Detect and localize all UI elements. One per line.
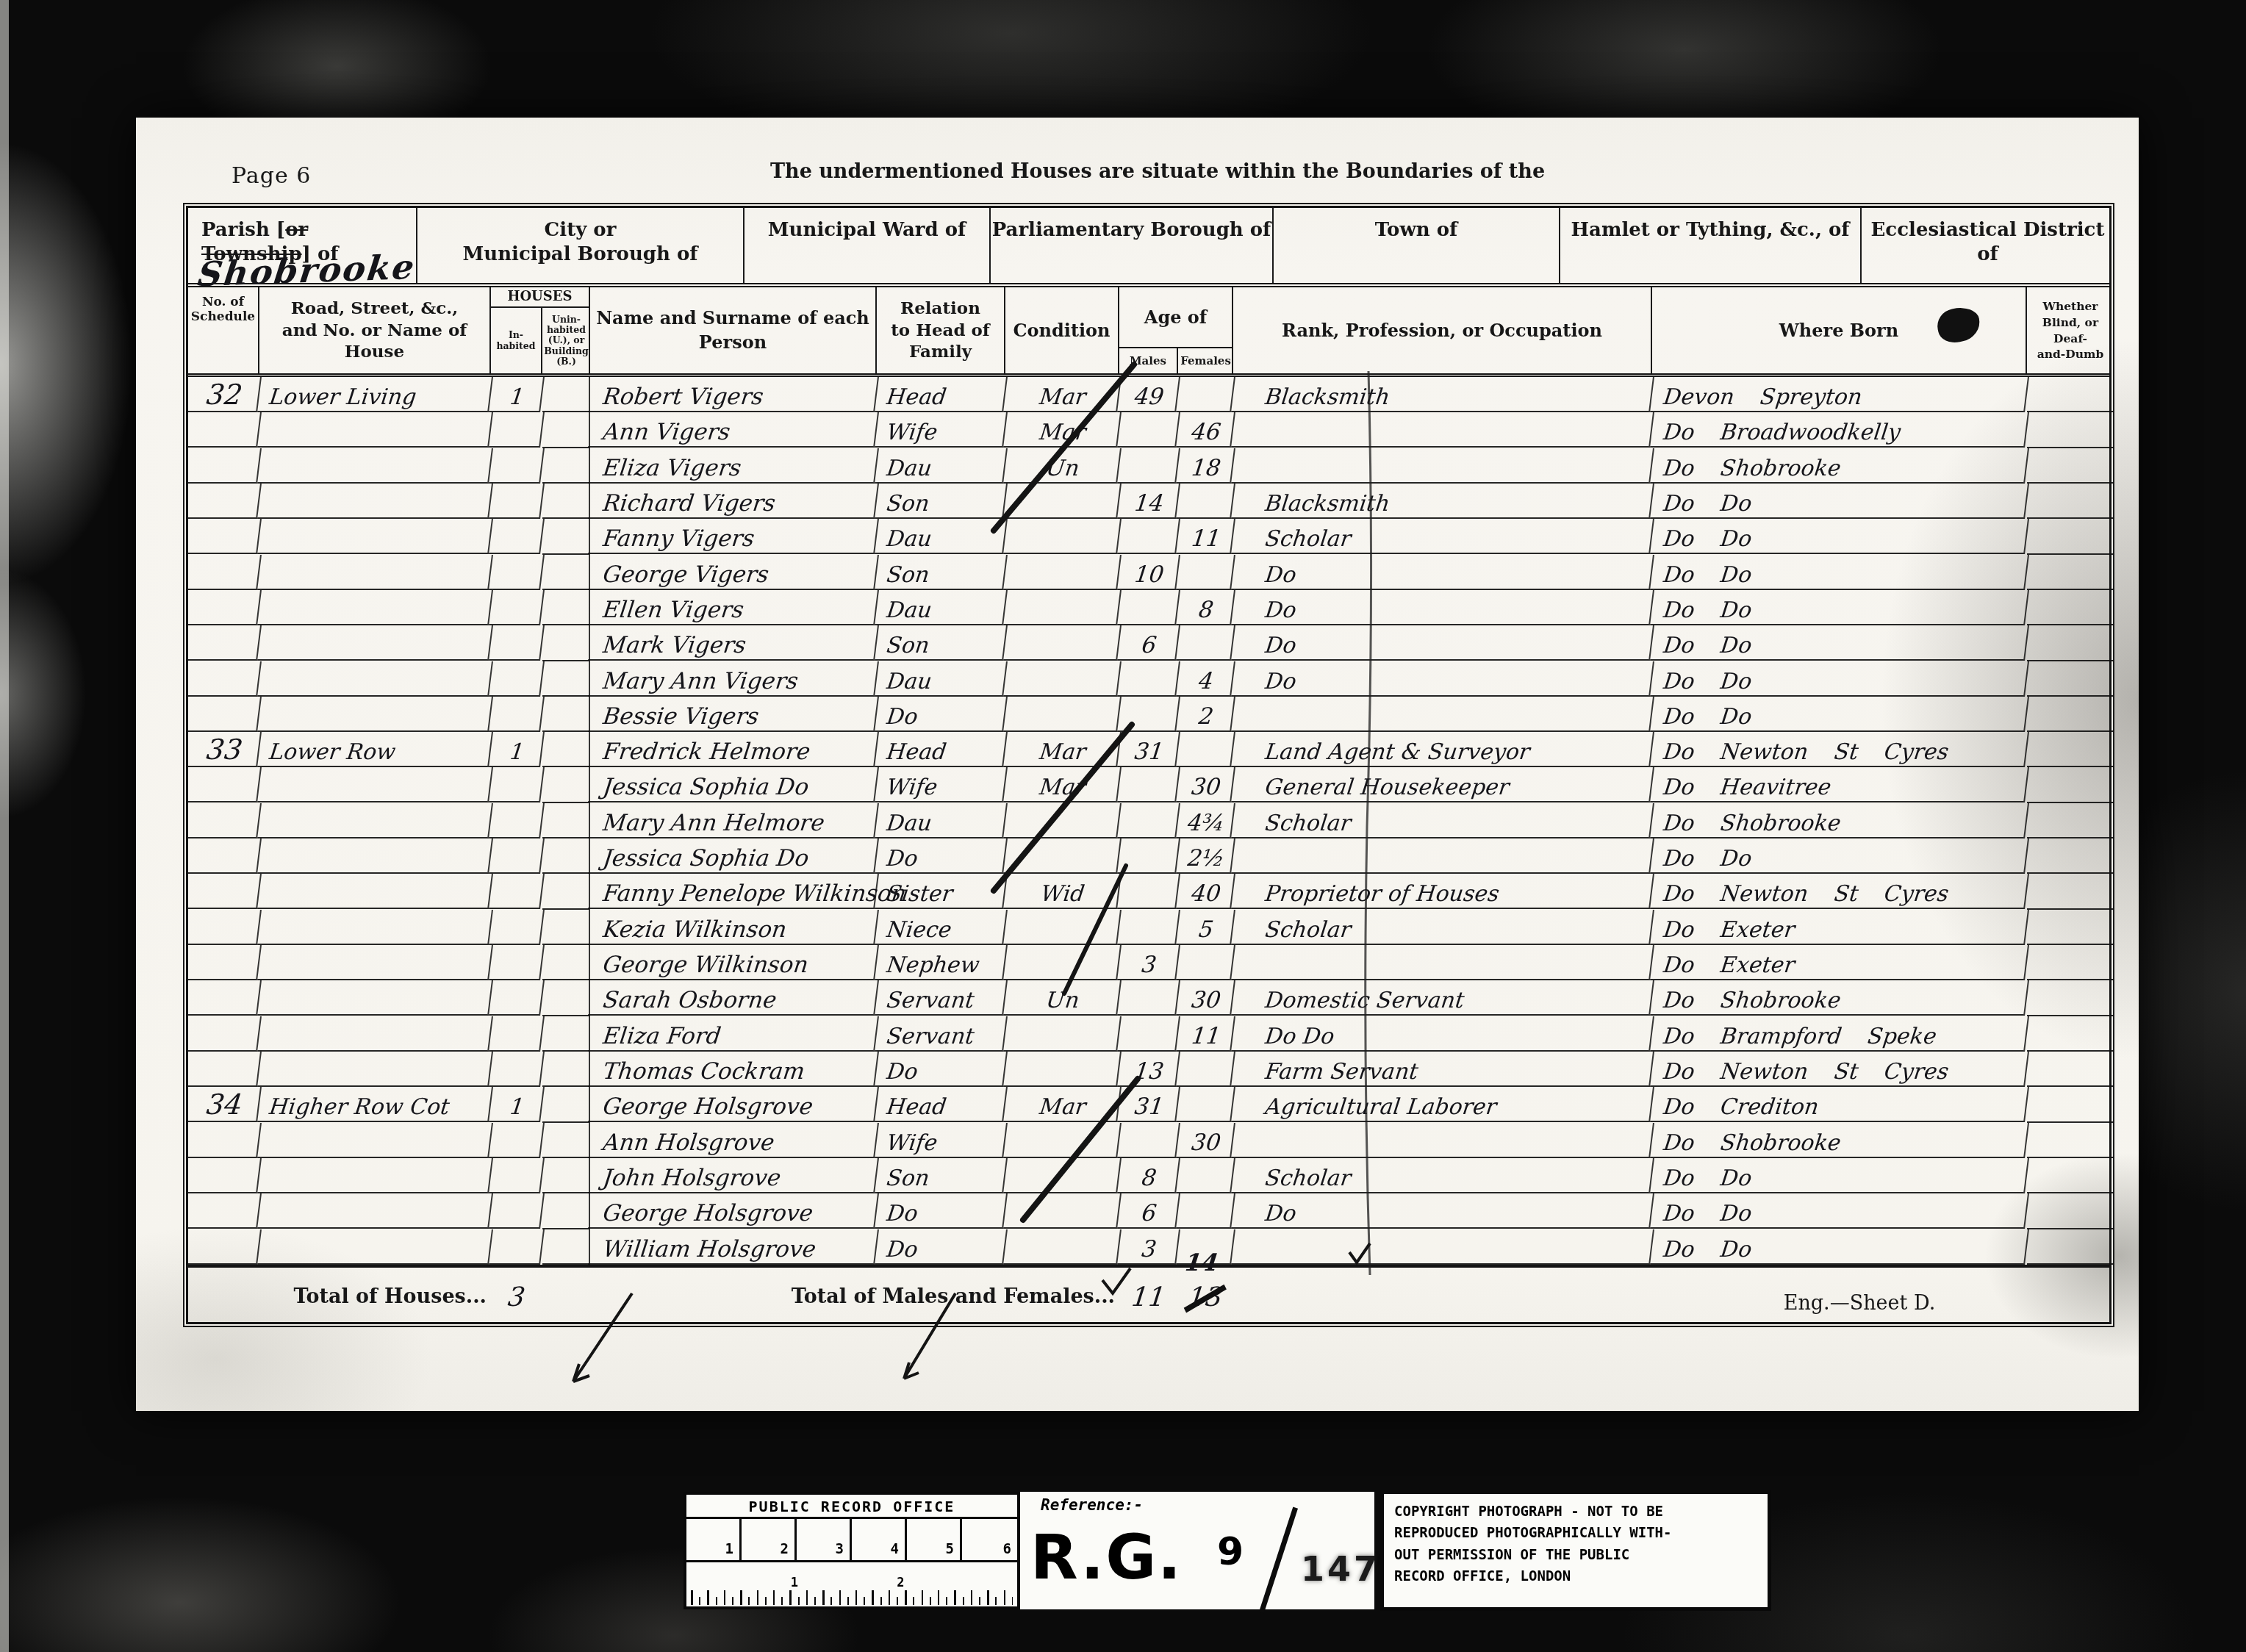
cell-relation: Nephew — [875, 945, 1008, 980]
table-row: George Wilkinson Nephew 3 Do Exeter — [188, 945, 2109, 980]
municipal-ward-cell: Municipal Ward of — [745, 208, 991, 283]
cell-person-name: George Holsgrove — [588, 1087, 879, 1122]
table-row: Eliza Ford Servant 11 Do Do Do Brampford… — [188, 1016, 2109, 1052]
cell-blind-deaf — [2027, 1016, 2114, 1052]
cell-occupation: Domestic Servant — [1231, 980, 1654, 1016]
cell-house-name — [257, 625, 493, 661]
cell-age-male — [1117, 803, 1180, 838]
cell-schedule-number: 32 — [186, 377, 262, 412]
totals-spacer — [2027, 1268, 2114, 1326]
cell-person-name: George Vigers — [588, 555, 879, 590]
district-header-row: Parish [or Township] of Shobrooke City o… — [188, 208, 2109, 287]
cell-age-female — [1176, 1158, 1235, 1193]
cell-relation: Wife — [875, 767, 1008, 802]
cell-age-male — [1117, 519, 1180, 554]
cell-age-male: 13 — [1117, 1052, 1180, 1087]
cell-inhabited — [489, 1229, 545, 1265]
cell-person-name: Eliza Vigers — [588, 448, 879, 484]
cell-person-name: Robert Vigers — [588, 377, 879, 412]
cell-age-male — [1117, 980, 1180, 1016]
table-row: William Holsgrove Do 3 Do Do — [188, 1229, 2109, 1265]
cell-age-male: 6 — [1117, 1193, 1180, 1229]
cell-age-male: 6 — [1117, 625, 1180, 661]
cell-inhabited — [489, 945, 545, 980]
cell-house-name — [257, 412, 493, 448]
record-class-number: 9 — [1217, 1530, 1244, 1574]
town-cell: Town of — [1274, 208, 1560, 283]
cell-house-name — [257, 803, 493, 838]
cell-person-name: John Holsgrove — [588, 1158, 879, 1193]
table-row: Eliza Vigers Dau Un 18 Do Shobrooke — [188, 448, 2109, 484]
cell-occupation: Scholar — [1231, 803, 1654, 838]
cell-uninhabited — [542, 519, 590, 554]
table-row: George Holsgrove Do 6 Do Do Do — [188, 1193, 2109, 1229]
table-row: George Vigers Son 10 Do Do Do — [188, 555, 2109, 590]
pro-stamp-strip: PUBLIC RECORD OFFICE 1 2 3 4 5 6 1 2 Ref… — [684, 1492, 1374, 1609]
col-header-relation: Relation to Head of Family — [877, 287, 1005, 373]
cell-person-name: Fredrick Helmore — [588, 732, 879, 767]
cell-blind-deaf — [2027, 555, 2114, 590]
copyright-stamp: COPYRIGHT PHOTOGRAPH - NOT TO BE REPRODU… — [1380, 1490, 1771, 1611]
cell-uninhabited — [542, 980, 590, 1016]
cell-blind-deaf — [2027, 412, 2114, 448]
cell-condition — [1003, 625, 1122, 661]
cell-age-female: 8 — [1176, 590, 1235, 625]
cell-schedule-number — [186, 980, 262, 1016]
cell-condition — [1003, 1052, 1122, 1087]
cell-condition: Mar — [1003, 1087, 1122, 1122]
cell-person-name: Fanny Vigers — [588, 519, 879, 554]
cell-person-name: William Holsgrove — [588, 1229, 879, 1265]
table-row: Bessie Vigers Do 2 Do Do — [188, 697, 2109, 732]
cell-condition — [1003, 1016, 1122, 1052]
cell-where-born: Do Newton St Cyres — [1650, 874, 2029, 909]
cell-relation: Son — [875, 625, 1008, 661]
scale-number: 2 — [742, 1519, 797, 1560]
cell-blind-deaf — [2027, 625, 2114, 661]
cell-condition — [1003, 697, 1122, 732]
cell-occupation — [1231, 838, 1654, 874]
cell-inhabited — [489, 767, 545, 802]
cell-where-born: Do Do — [1650, 1193, 2029, 1229]
cell-person-name: Bessie Vigers — [588, 697, 879, 732]
cell-relation: Do — [875, 1229, 1008, 1265]
cell-person-name: Fanny Penelope Wilkinson — [588, 874, 879, 909]
col-header-uninhabited: Unin- habited (U.), or Building (B.) — [542, 308, 590, 373]
cell-age-female: 4 — [1176, 661, 1235, 697]
cell-occupation: Agricultural Laborer — [1231, 1087, 1654, 1122]
cell-condition: Mar — [1003, 412, 1122, 448]
cell-house-name — [257, 697, 493, 732]
table-row: 33 Lower Row 1 Fredrick Helmore Head Mar… — [188, 732, 2109, 767]
cell-blind-deaf — [2027, 803, 2114, 838]
cell-occupation — [1231, 412, 1654, 448]
totals-spacer — [188, 1268, 259, 1326]
cell-house-name — [257, 1052, 493, 1087]
scale-number: 5 — [907, 1519, 962, 1560]
cell-occupation: General Housekeeper — [1231, 767, 1654, 802]
col-header-name: Name and Surname of each Person — [590, 287, 877, 373]
cell-inhabited — [489, 980, 545, 1016]
cell-age-female: 11 — [1176, 1016, 1235, 1052]
cell-house-name — [257, 448, 493, 484]
cell-blind-deaf — [2027, 767, 2114, 802]
cell-where-born: Do Broadwoodkelly — [1650, 412, 2029, 448]
cell-age-female: 11 — [1176, 519, 1235, 554]
parish-cell: Parish [or Township] of Shobrooke — [188, 208, 417, 283]
cell-schedule-number: 34 — [186, 1087, 262, 1122]
females-value-struck: 13 — [1187, 1282, 1224, 1312]
cell-relation: Dau — [875, 448, 1008, 484]
table-row: Ann Holsgrove Wife 30 Do Shobrooke — [188, 1123, 2109, 1158]
total-males-value: 11 — [1116, 1268, 1182, 1326]
cell-where-born: Do Do — [1650, 625, 2029, 661]
cell-person-name: George Wilkinson — [588, 945, 879, 980]
cell-inhabited — [489, 1016, 545, 1052]
cell-occupation: Do — [1231, 625, 1654, 661]
cell-schedule-number — [186, 945, 262, 980]
table-row: Thomas Cockram Do 13 Farm Servant Do New… — [188, 1052, 2109, 1087]
cell-schedule-number — [186, 555, 262, 590]
age-group-label: Age of — [1144, 287, 1207, 347]
parliamentary-borough-cell: Parliamentary Borough of — [991, 208, 1274, 283]
cell-uninhabited — [542, 838, 590, 874]
cell-inhabited: 1 — [489, 732, 545, 767]
cell-occupation: Scholar — [1231, 519, 1654, 554]
cell-person-name: Mark Vigers — [588, 625, 879, 661]
cell-where-born: Do Newton St Cyres — [1650, 1052, 2029, 1087]
cell-age-male: 31 — [1117, 1087, 1180, 1122]
cell-inhabited — [489, 590, 545, 625]
cell-condition: Wid — [1003, 874, 1122, 909]
cell-age-female: 30 — [1176, 1123, 1235, 1158]
cell-age-male — [1117, 910, 1180, 945]
cell-uninhabited — [542, 803, 590, 838]
cell-house-name — [257, 874, 493, 909]
cell-condition — [1003, 838, 1122, 874]
total-females-value: 13 14 — [1174, 1268, 1237, 1326]
cell-person-name: Sarah Osborne — [588, 980, 879, 1016]
total-males-females-label: Total of Males and Females... — [590, 1268, 1119, 1326]
cell-relation: Son — [875, 1158, 1008, 1193]
cell-occupation — [1231, 1229, 1654, 1265]
sheet-note: Eng.—Sheet D. — [1712, 1292, 2006, 1315]
table-row: Richard Vigers Son 14 Blacksmith Do Do — [188, 484, 2109, 519]
cell-schedule-number — [186, 803, 262, 838]
reference-slash — [1259, 1507, 1298, 1614]
cell-relation: Dau — [875, 661, 1008, 697]
cell-schedule-number — [186, 661, 262, 697]
cell-where-born: Do Shobrooke — [1650, 448, 2029, 484]
cell-schedule-number — [186, 910, 262, 945]
cell-schedule-number — [186, 412, 262, 448]
census-form: Parish [or Township] of Shobrooke City o… — [186, 206, 2112, 1324]
cell-blind-deaf — [2027, 484, 2114, 519]
cell-condition: Mar — [1003, 732, 1122, 767]
cell-condition: Un — [1003, 448, 1122, 484]
cell-age-female — [1176, 625, 1235, 661]
cell-where-born: Do Brampford Speke — [1650, 1016, 2029, 1052]
born-label: Where Born — [1779, 320, 1898, 341]
cell-age-female: 2½ — [1176, 838, 1235, 874]
cell-blind-deaf — [2027, 945, 2114, 980]
cell-blind-deaf — [2027, 732, 2114, 767]
cell-where-born: Do Shobrooke — [1650, 980, 2029, 1016]
cell-uninhabited — [542, 377, 590, 412]
cell-age-male: 49 — [1117, 377, 1180, 412]
cell-condition — [1003, 803, 1122, 838]
cell-age-male — [1117, 767, 1180, 802]
parish-label-pre: Parish [ — [201, 219, 285, 241]
cell-where-born: Do Do — [1650, 838, 2029, 874]
photo-edge-sliver — [0, 0, 9, 1652]
cell-person-name: Jessica Sophia Do — [588, 838, 879, 874]
cell-house-name — [257, 519, 493, 554]
cell-house-name — [257, 1193, 493, 1229]
cell-inhabited — [489, 412, 545, 448]
cell-relation: Head — [875, 732, 1008, 767]
cell-house-name — [257, 838, 493, 874]
cell-condition: Mar — [1003, 377, 1122, 412]
cell-inhabited — [489, 874, 545, 909]
cell-condition — [1003, 519, 1122, 554]
cell-relation: Servant — [875, 980, 1008, 1016]
scale-number: 1 — [686, 1519, 742, 1560]
record-series: R.G. — [1030, 1521, 1183, 1593]
cell-where-born: Do Exeter — [1650, 945, 2029, 980]
cell-where-born: Do Do — [1650, 519, 2029, 554]
cell-schedule-number — [186, 1016, 262, 1052]
cell-where-born: Do Exeter — [1650, 910, 2029, 945]
cell-age-female — [1176, 1087, 1235, 1122]
cell-relation: Dau — [875, 519, 1008, 554]
cell-condition: Mar — [1003, 767, 1122, 802]
cell-age-female — [1176, 945, 1235, 980]
cell-person-name: Eliza Ford — [588, 1016, 879, 1052]
cell-occupation: Do — [1231, 1193, 1654, 1229]
cell-occupation: Scholar — [1231, 1158, 1654, 1193]
cell-relation: Head — [875, 377, 1008, 412]
cell-house-name — [257, 910, 493, 945]
cell-age-female: 40 — [1176, 874, 1235, 909]
cell-age-male — [1117, 1016, 1180, 1052]
cell-person-name: Ann Holsgrove — [588, 1123, 879, 1158]
cell-uninhabited — [542, 625, 590, 661]
cell-age-male: 3 — [1117, 1229, 1180, 1265]
reference-area: Reference:- R.G. 9 1475 — [1020, 1492, 1374, 1609]
cell-age-female: 4¾ — [1176, 803, 1235, 838]
cell-where-born: Do Shobrooke — [1650, 803, 2029, 838]
pro-ruler: 1 2 — [691, 1562, 1013, 1606]
cell-age-male: 14 — [1117, 484, 1180, 519]
cell-uninhabited — [542, 945, 590, 980]
cell-person-name: Jessica Sophia Do — [588, 767, 879, 802]
cell-age-male: 10 — [1117, 555, 1180, 590]
cell-where-born: Do Do — [1650, 697, 2029, 732]
table-row: Kezia Wilkinson Niece 5 Scholar Do Exete… — [188, 910, 2109, 945]
cell-person-name: George Holsgrove — [588, 1193, 879, 1229]
col-header-age: Age of Males Females — [1119, 287, 1233, 373]
cell-age-male — [1117, 838, 1180, 874]
cell-age-male — [1117, 590, 1180, 625]
cell-occupation: Proprietor of Houses — [1231, 874, 1654, 909]
column-header-row: No. of Schedule Road, Street, &c., and N… — [188, 287, 2109, 377]
cell-uninhabited — [542, 1052, 590, 1087]
cell-house-name — [257, 484, 493, 519]
cell-where-born: Do Do — [1650, 661, 2029, 697]
cell-age-male — [1117, 874, 1180, 909]
cell-age-female — [1176, 1052, 1235, 1087]
cell-condition — [1003, 1229, 1122, 1265]
cell-inhabited — [489, 1193, 545, 1229]
cell-condition — [1003, 484, 1122, 519]
cell-schedule-number — [186, 590, 262, 625]
cell-inhabited — [489, 1052, 545, 1087]
cell-where-born: Devon Spreyton — [1650, 377, 2029, 412]
cell-inhabited — [489, 661, 545, 697]
cell-age-male — [1117, 448, 1180, 484]
cell-where-born: Do Do — [1650, 1229, 2029, 1265]
cell-condition: Un — [1003, 980, 1122, 1016]
reference-label: Reference:- — [1041, 1496, 1143, 1514]
cell-inhabited: 1 — [489, 377, 545, 412]
total-houses-label: Total of Houses... — [259, 1268, 491, 1326]
cell-condition — [1003, 910, 1122, 945]
table-row: 32 Lower Living 1 Robert Vigers Head Mar… — [188, 377, 2109, 412]
cell-blind-deaf — [2027, 448, 2114, 484]
cell-where-born: Do Do — [1650, 1158, 2029, 1193]
cell-uninhabited — [542, 448, 590, 484]
col-header-born: Where Born — [1652, 287, 2027, 373]
ruler-number: 1 — [791, 1576, 798, 1590]
cell-house-name — [257, 661, 493, 697]
pro-scale-box: PUBLIC RECORD OFFICE 1 2 3 4 5 6 1 2 — [684, 1492, 1020, 1609]
cell-relation: Do — [875, 1052, 1008, 1087]
cell-age-female — [1176, 732, 1235, 767]
cell-uninhabited — [542, 412, 590, 448]
cell-house-name — [257, 767, 493, 802]
cell-person-name: Mary Ann Vigers — [588, 661, 879, 697]
cell-where-born: Do Do — [1650, 555, 2029, 590]
cell-inhabited — [489, 484, 545, 519]
cell-uninhabited — [542, 697, 590, 732]
cell-schedule-number — [186, 1229, 262, 1265]
cell-house-name — [257, 945, 493, 980]
cell-occupation: Blacksmith — [1231, 484, 1654, 519]
census-photograph: { "colors": { "ink": "#171717", "paper":… — [0, 0, 2246, 1652]
cell-where-born: Do Newton St Cyres — [1650, 732, 2029, 767]
cell-blind-deaf — [2027, 1052, 2114, 1087]
cell-uninhabited — [542, 1123, 590, 1158]
cell-relation: Do — [875, 1193, 1008, 1229]
houses-group-label: HOUSES — [491, 287, 589, 308]
cell-occupation — [1231, 697, 1654, 732]
cell-person-name: Ann Vigers — [588, 412, 879, 448]
col-header-inhabited: In- habited — [491, 308, 542, 373]
table-row: John Holsgrove Son 8 Scholar Do Do — [188, 1158, 2109, 1193]
cell-house-name — [257, 1123, 493, 1158]
col-header-road: Road, Street, &c., and No. or Name of Ho… — [259, 287, 491, 373]
cell-age-male — [1117, 412, 1180, 448]
table-row: Sarah Osborne Servant Un 30 Domestic Ser… — [188, 980, 2109, 1016]
cell-relation: Do — [875, 697, 1008, 732]
col-header-blind: Whether Blind, or Deaf- and-Dumb — [2027, 287, 2114, 373]
cell-occupation — [1231, 945, 1654, 980]
totals-spacer — [1233, 1268, 1652, 1326]
cell-occupation: Do — [1231, 590, 1654, 625]
cell-uninhabited — [542, 910, 590, 945]
cell-uninhabited — [542, 590, 590, 625]
cell-condition — [1003, 1123, 1122, 1158]
cell-schedule-number — [186, 1123, 262, 1158]
scale-number: 3 — [797, 1519, 852, 1560]
table-row: Fanny Vigers Dau 11 Scholar Do Do — [188, 519, 2109, 554]
cell-house-name — [257, 555, 493, 590]
cell-blind-deaf — [2027, 1193, 2114, 1229]
cell-age-male: 8 — [1117, 1158, 1180, 1193]
city-borough-cell: City or Municipal Borough of — [417, 208, 745, 283]
cell-age-male — [1117, 661, 1180, 697]
cell-occupation: Blacksmith — [1231, 377, 1654, 412]
pro-title: PUBLIC RECORD OFFICE — [686, 1495, 1017, 1517]
cell-inhabited — [489, 697, 545, 732]
totals-spacer — [542, 1268, 590, 1326]
cell-person-name: Kezia Wilkinson — [588, 910, 879, 945]
table-row: Jessica Sophia Do Do 2½ Do Do — [188, 838, 2109, 874]
cell-condition — [1003, 661, 1122, 697]
females-value-corrected: 14 — [1183, 1249, 1219, 1276]
cell-uninhabited — [542, 1087, 590, 1122]
cell-schedule-number — [186, 625, 262, 661]
cell-blind-deaf — [2027, 590, 2114, 625]
cell-inhabited — [489, 1158, 545, 1193]
cell-relation: Head — [875, 1087, 1008, 1122]
cell-schedule-number — [186, 1193, 262, 1229]
cell-relation: Son — [875, 555, 1008, 590]
cell-relation: Wife — [875, 412, 1008, 448]
cell-person-name: Ellen Vigers — [588, 590, 879, 625]
table-row: Mary Ann Helmore Dau 4¾ Scholar Do Shobr… — [188, 803, 2109, 838]
cell-occupation — [1231, 1123, 1654, 1158]
cell-schedule-number: 33 — [186, 732, 262, 767]
pro-scale-numbers: 1 2 3 4 5 6 — [686, 1517, 1017, 1562]
cell-schedule-number — [186, 448, 262, 484]
cell-schedule-number — [186, 1158, 262, 1193]
cell-blind-deaf — [2027, 1229, 2114, 1265]
page-title: The undermentioned Houses are situate wi… — [570, 160, 1746, 183]
ink-blot — [1934, 304, 1983, 345]
cell-relation: Do — [875, 838, 1008, 874]
cell-occupation: Do — [1231, 661, 1654, 697]
cell-blind-deaf — [2027, 838, 2114, 874]
cell-where-born: Do Crediton — [1650, 1087, 2029, 1122]
cell-person-name: Thomas Cockram — [588, 1052, 879, 1087]
cell-person-name: Richard Vigers — [588, 484, 879, 519]
cell-occupation — [1231, 448, 1654, 484]
cell-age-female — [1176, 555, 1235, 590]
cell-inhabited — [489, 803, 545, 838]
table-row: Mark Vigers Son 6 Do Do Do — [188, 625, 2109, 661]
cell-blind-deaf — [2027, 1158, 2114, 1193]
cell-condition — [1003, 555, 1122, 590]
total-houses-value: 3 — [487, 1268, 546, 1326]
cell-uninhabited — [542, 767, 590, 802]
cell-relation: Dau — [875, 590, 1008, 625]
cell-house-name — [257, 590, 493, 625]
cell-occupation: Do — [1231, 555, 1654, 590]
cell-person-name: Mary Ann Helmore — [588, 803, 879, 838]
cell-uninhabited — [542, 484, 590, 519]
